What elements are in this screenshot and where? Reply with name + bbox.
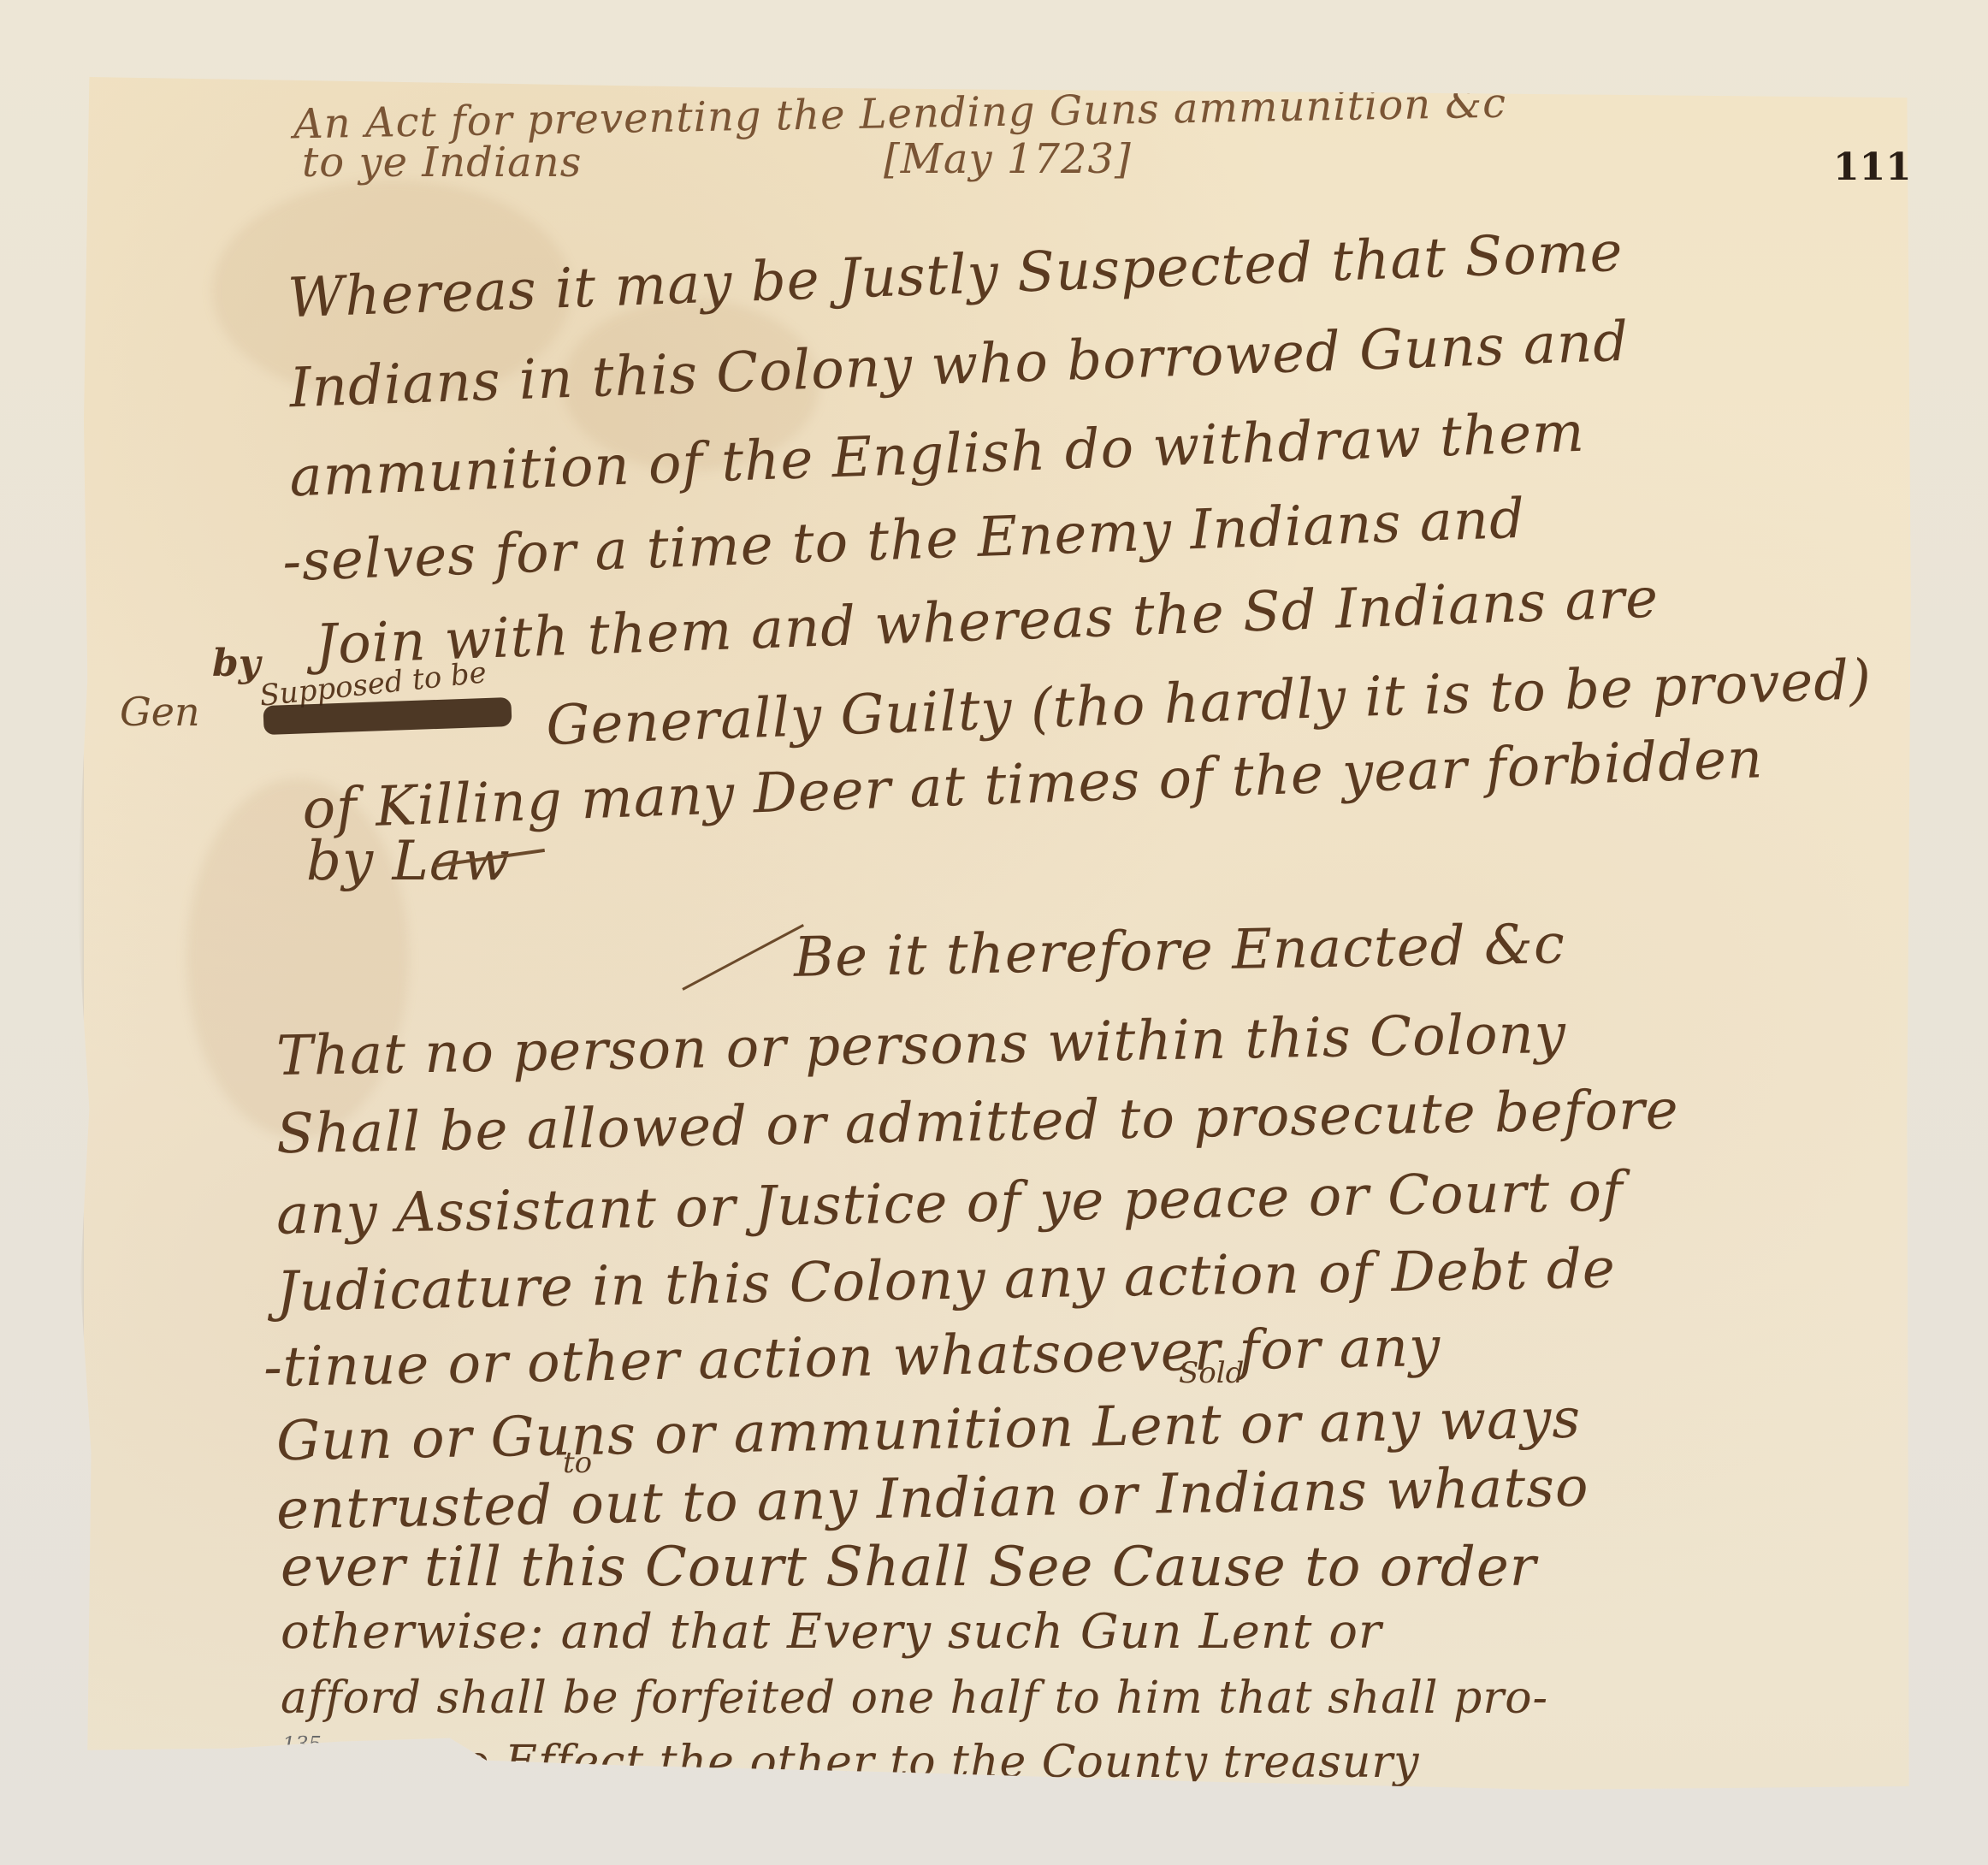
enactment-line: afford shall be forfeited one half to hi… <box>281 1673 1548 1724</box>
preamble-line: of Killing many Deer at times of the yea… <box>301 727 1764 842</box>
enactment-line: That no person or persons within this Co… <box>275 1003 1566 1088</box>
document-title-line-2: to ye Indians <box>302 139 582 186</box>
preamble-line: by Law <box>306 830 511 893</box>
enactment-line: ever till this Court Shall See Cause to … <box>281 1536 1536 1599</box>
folio-number: 111 <box>1833 145 1912 189</box>
enactment-line: otherwise: and that Every such Gun Lent … <box>281 1604 1382 1660</box>
manuscript-page: An Act for preventing the Lending Guns a… <box>84 77 1914 1797</box>
enactment-line: Shall be allowed or admitted to prosecut… <box>275 1079 1679 1167</box>
enacting-clause: Be it therefore Enacted &c <box>793 913 1565 990</box>
flourish-dash <box>682 924 804 991</box>
enactment-line: any Assistant or Justice of ye peace or … <box>275 1160 1624 1246</box>
interlinear-sold: Sold <box>1179 1356 1244 1390</box>
interlinear-by: by <box>212 642 260 685</box>
margin-note: Gen <box>120 689 200 735</box>
document-date: [May 1723] <box>884 135 1132 183</box>
enactment-line: Judicature in this Colony any action of … <box>275 1237 1616 1323</box>
enactment-line: -tinue or other action whatsoever for an… <box>263 1316 1441 1400</box>
